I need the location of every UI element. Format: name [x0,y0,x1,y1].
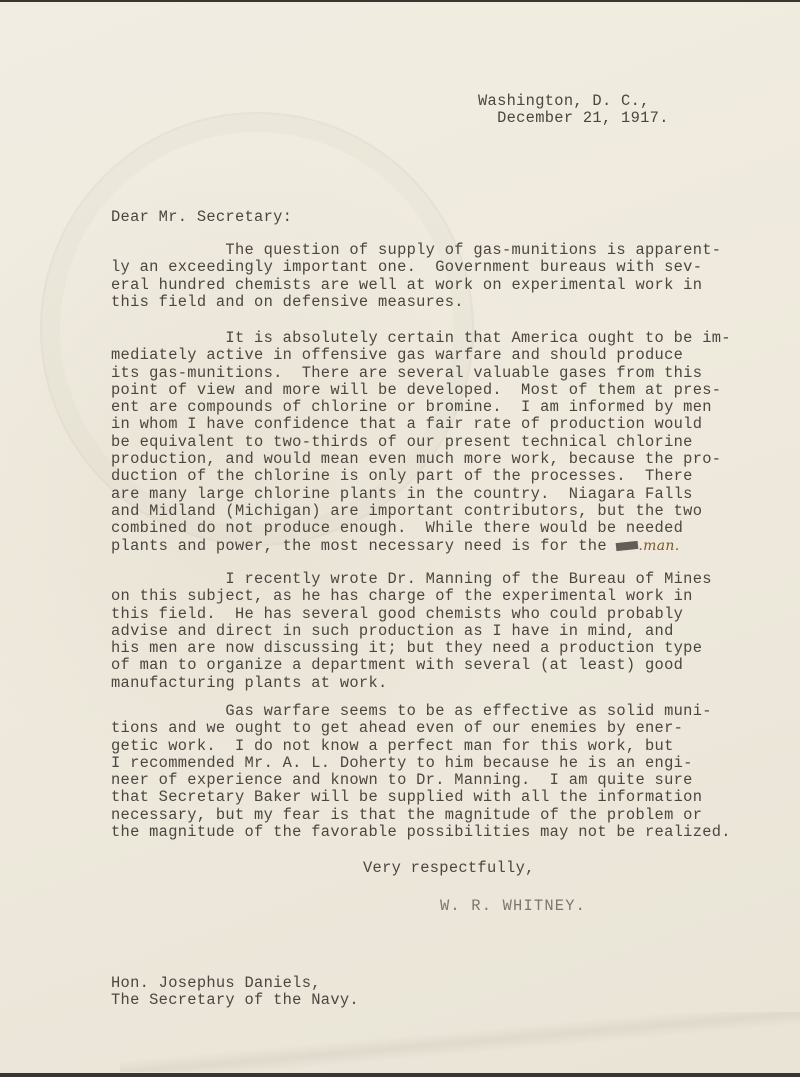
paragraph-4: Gas warfare seems to be as effective as … [111,703,731,841]
letter-page: Washington, D. C., December 21, 1917. De… [0,2,800,1073]
date: December 21, 1917. [497,109,669,127]
paragraph-2-text: It is absolutely certain that America ou… [111,329,731,555]
closing: Very respectfully, [363,860,535,877]
salutation: Dear Mr. Secretary: [111,209,292,226]
paragraph-1: The question of supply of gas-munitions … [111,242,721,311]
recipient-block: Hon. Josephus Daniels, The Secretary of … [111,975,359,1010]
letter-heading: Washington, D. C., December 21, 1917. [478,93,669,128]
paper-crease [120,1012,800,1072]
paragraph-2: It is absolutely certain that America ou… [111,330,731,555]
struck-out-word: men [616,540,639,550]
recipient-title: The Secretary of the Navy. [111,991,359,1009]
paragraph-3: I recently wrote Dr. Manning of the Bure… [111,571,712,692]
signature: W. R. WHITNEY. [440,898,586,915]
recipient-name: Hon. Josephus Daniels, [111,974,321,992]
place: Washington, D. C., [478,92,650,110]
